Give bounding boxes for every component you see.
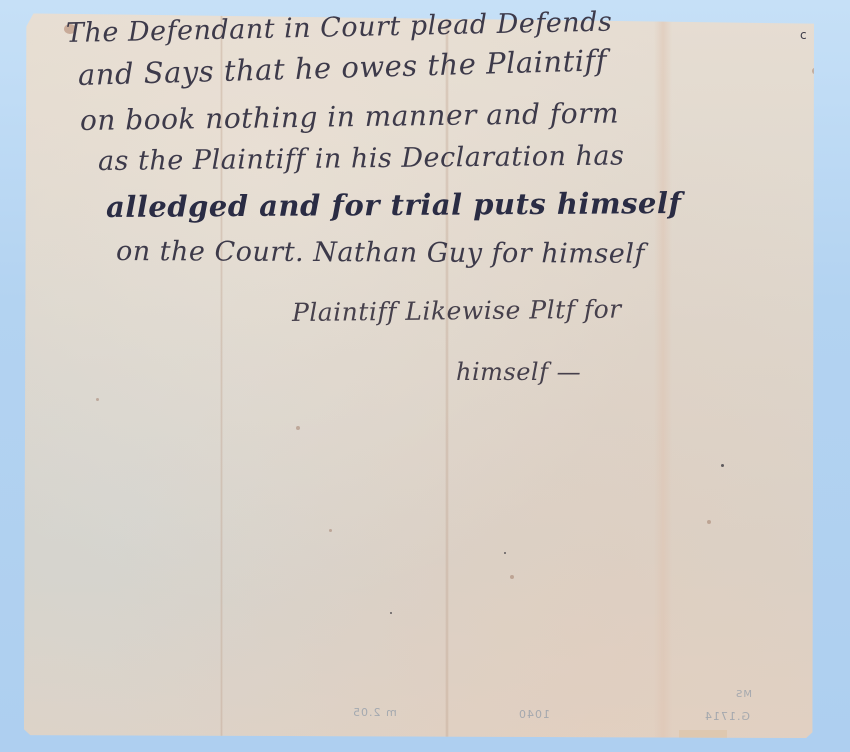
bleed-through-mark: m 2.05 (352, 706, 397, 719)
handwritten-line: on the Court. Nathan Guy for himself (116, 236, 645, 270)
bleed-through-mark: 1040 (518, 708, 550, 721)
handwritten-line: himself — (456, 358, 581, 386)
handwritten-line: and Says that he owes the Plaintiff (78, 43, 608, 92)
handwritten-line: Plaintiff Likewise Pltf for (292, 295, 622, 327)
bleed-through-mark: MS (735, 689, 752, 700)
handwritten-line: on book nothing in manner and form (80, 96, 619, 137)
handwritten-line: as the Plaintiff in his Declaration has (98, 140, 625, 177)
handwritten-line: alledged and for trial puts himself (106, 186, 682, 224)
handwritten-text: The Defendant in Court plead Defends and… (0, 0, 850, 752)
handwritten-line: The Defendant in Court plead Defends (66, 7, 613, 49)
bleed-through-mark: G.1714 (704, 710, 750, 723)
